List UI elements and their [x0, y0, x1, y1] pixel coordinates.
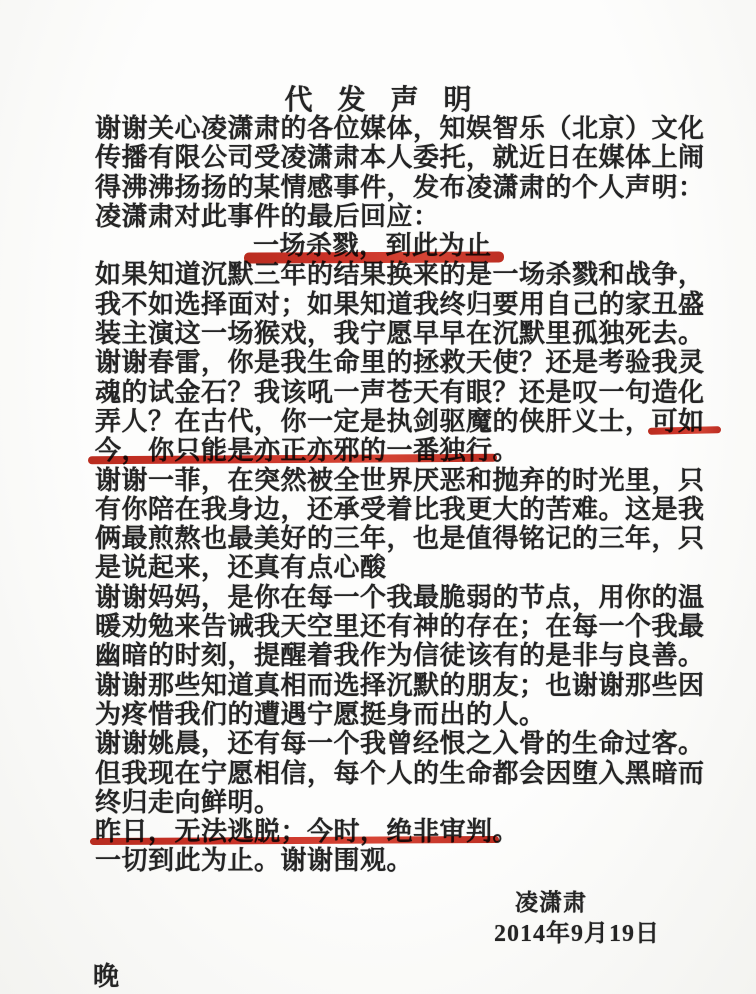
statement-line: 谢谢姚晨，还有每一个我曾经恨之入骨的生命过客。: [95, 729, 735, 758]
statement-line: 暖劝勉来告诫我天空里还有神的存在；在每一个我最: [95, 612, 735, 641]
statement-line: 是说起来，还真有点心酸: [95, 553, 735, 582]
red-underlined-text: 今，你只能是亦正亦邪的一番独行: [95, 436, 493, 465]
statement-line: 终归走向鲜明。: [95, 788, 735, 817]
statement-line: 如果知道沉默三年的结果换来的是一场杀戮和战争，: [95, 260, 735, 289]
statement-line: 谢谢妈妈，是你在每一个我最脆弱的节点，用你的温: [95, 583, 735, 612]
red-underlined-text: 一场杀戮，到此为止: [253, 231, 492, 260]
red-underlined-text: 昨日，无法逃脱；今时，绝非审判: [95, 817, 493, 846]
statement-line: 弄人？在古代，你一定是执剑驱魔的侠肝义士，可如: [95, 407, 735, 436]
statement-line: 为疼惜我们的遭遇宁愿挺身而出的人。: [95, 700, 735, 729]
red-underlined-text: 可如: [652, 407, 705, 436]
statement-body: 谢谢关心凌潇肃的各位媒体，知娱智乐（北京）文化 传播有限公司受凌潇肃本人委托，就…: [95, 114, 735, 876]
statement-text: 。: [493, 436, 520, 465]
statement-document: 代 发 声 明 谢谢关心凌潇肃的各位媒体，知娱智乐（北京）文化 传播有限公司受凌…: [0, 0, 756, 994]
statement-text: 弄人？在古代，你一定是执剑驱魔的侠肝义士，: [95, 407, 652, 436]
statement-line: 一切到此为止。谢谢围观。: [95, 846, 735, 875]
statement-line: 凌潇肃对此事件的最后回应：: [95, 202, 735, 231]
statement-line: 谢谢春雷，你是我生命里的拯救天使？还是考验我灵: [95, 348, 735, 377]
signature-suffix: 晚: [93, 956, 119, 993]
statement-line: 但我现在宁愿相信，每个人的生命都会因堕入黑暗而: [95, 759, 735, 788]
statement-line: 有你陪在我身边，还承受着比我更大的苦难。这是我: [95, 495, 735, 524]
signature-date: 2014年9月19日: [494, 913, 660, 948]
statement-line: 昨日，无法逃脱；今时，绝非审判。: [95, 817, 735, 846]
statement-line: 今，你只能是亦正亦邪的一番独行。: [95, 436, 735, 465]
statement-line: 谢谢关心凌潇肃的各位媒体，知娱智乐（北京）文化: [95, 114, 735, 143]
statement-title: 代 发 声 明: [0, 78, 756, 118]
statement-line: 幽暗的时刻，提醒着我作为信徒该有的是非与良善。: [95, 641, 735, 670]
statement-line: 我不如选择面对；如果知道我终归要用自己的家丑盛: [95, 290, 735, 319]
statement-line: 装主演这一场猴戏，我宁愿早早在沉默里孤独死去。: [95, 319, 735, 348]
statement-line: 俩最煎熬也最美好的三年，也是值得铭记的三年，只: [95, 524, 735, 553]
statement-line: 魂的试金石？我该吼一声苍天有眼？还是叹一句造化: [95, 378, 735, 407]
statement-line: 一场杀戮，到此为止: [95, 231, 735, 260]
statement-line: 得沸沸扬扬的某情感事件，发布凌潇肃的个人声明：: [95, 173, 735, 202]
statement-line: 谢谢那些知道真相而选择沉默的朋友；也谢谢那些因: [95, 671, 735, 700]
statement-line: 谢谢一菲，在突然被全世界厌恶和抛弃的时光里，只: [95, 466, 735, 495]
statement-line: 传播有限公司受凌潇肃本人委托，就近日在媒体上闹: [95, 143, 735, 172]
